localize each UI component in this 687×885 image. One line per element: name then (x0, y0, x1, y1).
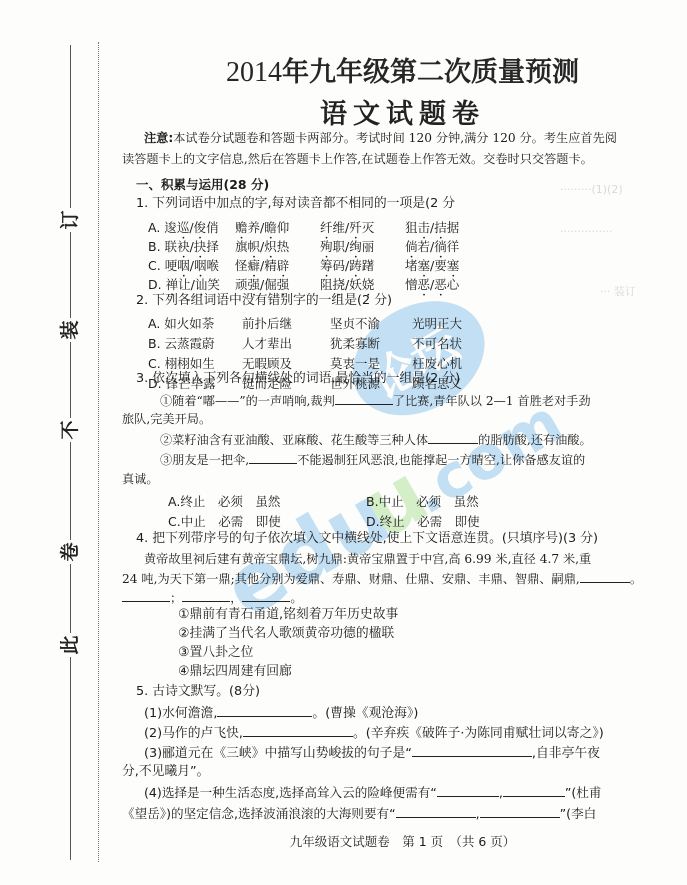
page-footer: 九年级语文试题卷 第 1 页 （共 6 页） (130, 832, 675, 850)
binding-char: 卷 (58, 540, 82, 564)
binding-char: 此 (58, 633, 82, 657)
q5-item-4-line-2: 《望岳》)的坚定信念,选择波涌浪滚的大海则要有“,”(李白 (122, 805, 596, 822)
binding-char: 订 (58, 208, 82, 232)
binding-char: 不 (58, 418, 82, 442)
q5-item-4-region (130, 0, 675, 885)
binding-margin: 此 卷 不 装 订 (0, 0, 110, 885)
q5-item-4-line-1: (4)选择是一种生活态度,选择高耸入云的险峰便需有“,”(杜甫 (144, 784, 602, 801)
binding-char: 装 (58, 318, 82, 342)
blank-line (437, 784, 499, 797)
binding-line (70, 45, 71, 860)
blank-line (503, 784, 565, 797)
cut-dotted-line (98, 42, 99, 862)
blank-line (396, 805, 476, 818)
blank-line (480, 805, 560, 818)
